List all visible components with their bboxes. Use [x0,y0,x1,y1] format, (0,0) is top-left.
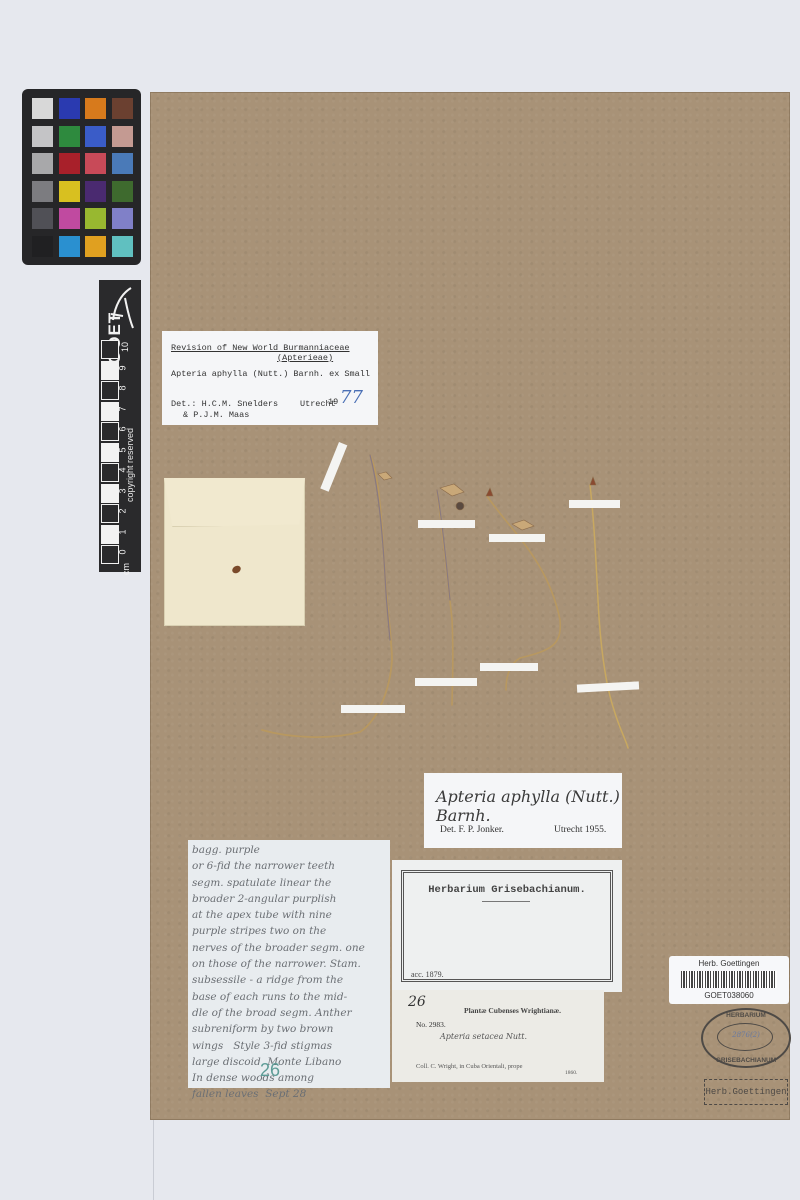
grisebach-title: Herbarium Grisebachianum. [392,884,622,896]
wright-title: Plantæ Cubenses Wrightianæ. [464,1006,561,1015]
wright-number: 26 [408,994,426,1010]
handwritten-field-note: bagg. purple or 6-fid the narrower teeth… [188,840,390,1088]
envelope-flap [164,478,305,527]
mounting-strip [418,520,475,528]
jonker-place-year: Utrecht 1955. [554,825,606,835]
wright-collection-no: No. 2983. [416,1020,446,1029]
barcode-icon [681,971,777,988]
field-note-number: 26 [260,1060,280,1081]
seed-fragment [231,564,242,575]
herbarium-oval-stamp: HERBARIUM 2876(2) GRISEBACHIANUM [701,1008,791,1068]
wright-collector: Coll. C. Wright, in Cuba Orientali, prop… [416,1063,523,1070]
barcode-label: Herb. Goettingen GOET038060 [669,956,789,1004]
stamp-handwritten-number: 2876(2) [703,1031,789,1039]
revision-determiner: Det.: H.C.M. Snelders [171,399,278,409]
determination-label-jonker: Apteria aphylla (Nutt.) Barnh. Det. F. P… [424,773,622,848]
jonker-determiner: Det. F. P. Jonker. [440,825,504,835]
revision-year-prefix: 19 [328,397,338,407]
revision-year-handwritten: 77 [340,387,363,408]
mounting-strip [569,500,620,508]
mounting-strip [480,663,538,671]
stamp-bottom-text: GRISEBACHIANUM [703,1057,789,1064]
seed-envelope [164,478,305,626]
revision-taxon: Apteria aphylla (Nutt.) Barnh. ex Small [171,369,370,379]
wright-collection-label: 26 Plantæ Cubenses Wrightianæ. No. 2983.… [392,990,604,1082]
stamp-top-text: HERBARIUM [703,1012,789,1019]
barcode-code: GOET038060 [669,991,789,1000]
revision-subtitle: (Apterieae) [277,353,333,363]
revision-determiner-2: & P.J.M. Maas [183,410,249,420]
barcode-institution: Herb. Goettingen [669,959,789,968]
revision-label: Revision of New World Burmanniaceae (Apt… [162,331,378,425]
mounting-strip [489,534,545,542]
herb-goettingen-stamp: Herb.Goettingen [704,1079,788,1105]
mounting-strip [341,705,405,713]
grisebach-accession: acc. 1879. [411,970,444,979]
wright-species: Apteria setacea Nutt. [440,1032,527,1041]
mounting-strip [415,678,477,686]
ornament-rule [482,901,530,902]
revision-title: Revision of New World Burmanniaceae [171,343,350,353]
field-note-text: bagg. purple or 6-fid the narrower teeth… [192,842,388,1103]
jonker-taxon: Apteria aphylla (Nutt.) Barnh. [436,787,622,825]
wright-year: 1860. [565,1070,577,1076]
herbarium-grisebachianum-label: Herbarium Grisebachianum. acc. 1879. [392,860,622,992]
